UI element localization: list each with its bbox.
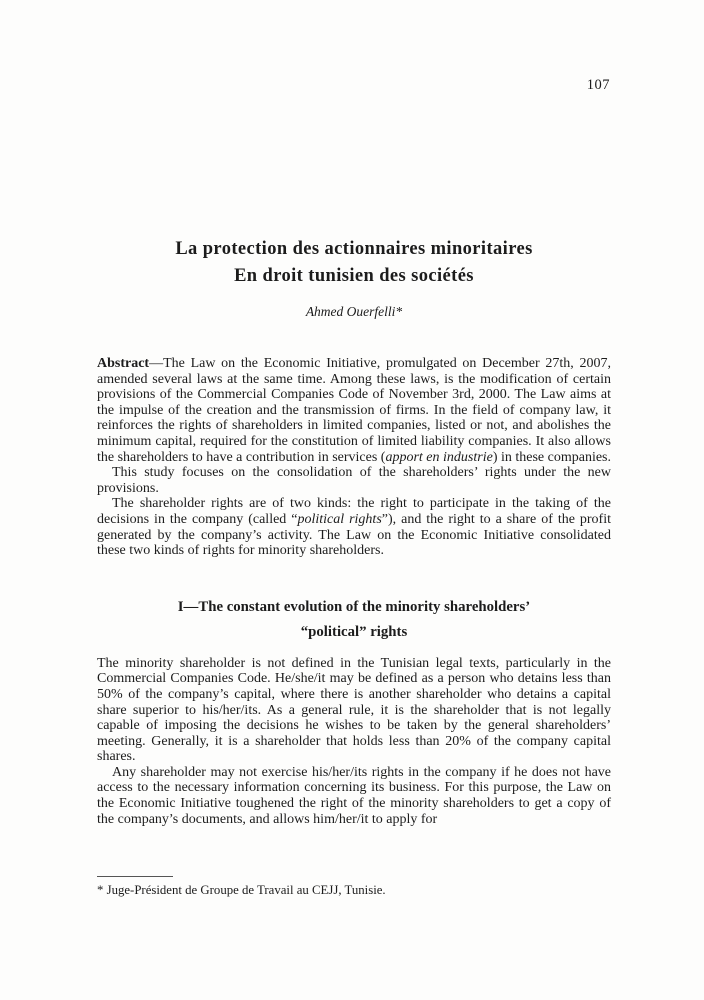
document-page: 107 La protection des actionnaires minor… bbox=[0, 0, 704, 1000]
section-1-heading-line-1: I—The constant evolution of the minority… bbox=[97, 595, 611, 620]
article-title-line-1: La protection des actionnaires minoritai… bbox=[97, 236, 611, 263]
abstract-paragraph-3-italic-phrase: political rights bbox=[297, 512, 381, 527]
abstract-section: Abstract—The Law on the Economic Initiat… bbox=[97, 356, 611, 559]
author-name: Ahmed Ouerfelli* bbox=[97, 304, 611, 320]
article-title-line-2: En droit tunisien des sociétés bbox=[97, 263, 611, 290]
body-paragraph-1: The minority shareholder is not defined … bbox=[97, 656, 611, 765]
page-content: La protection des actionnaires minoritai… bbox=[97, 0, 611, 827]
abstract-paragraph-1-text-end: ) in these companies. bbox=[493, 450, 611, 465]
abstract-paragraph-1-text: —The Law on the Economic Initiative, pro… bbox=[97, 356, 611, 465]
abstract-paragraph-1-italic-phrase: apport en industrie bbox=[385, 450, 492, 465]
section-1-heading-line-2: “political” rights bbox=[97, 620, 611, 645]
abstract-paragraph-1: Abstract—The Law on the Economic Initiat… bbox=[97, 356, 611, 465]
abstract-paragraph-3: The shareholder rights are of two kinds:… bbox=[97, 496, 611, 558]
article-title: La protection des actionnaires minoritai… bbox=[97, 236, 611, 290]
abstract-label: Abstract bbox=[97, 356, 149, 371]
footnote-divider bbox=[97, 876, 173, 877]
footnote-text: * Juge-Président de Groupe de Travail au… bbox=[97, 883, 611, 898]
section-1-body: The minority shareholder is not defined … bbox=[97, 656, 611, 828]
footnote: * Juge-Président de Groupe de Travail au… bbox=[97, 876, 611, 898]
body-paragraph-2: Any shareholder may not exercise his/her… bbox=[97, 765, 611, 827]
abstract-paragraph-2: This study focuses on the consolidation … bbox=[97, 465, 611, 496]
section-1-heading: I—The constant evolution of the minority… bbox=[97, 595, 611, 645]
